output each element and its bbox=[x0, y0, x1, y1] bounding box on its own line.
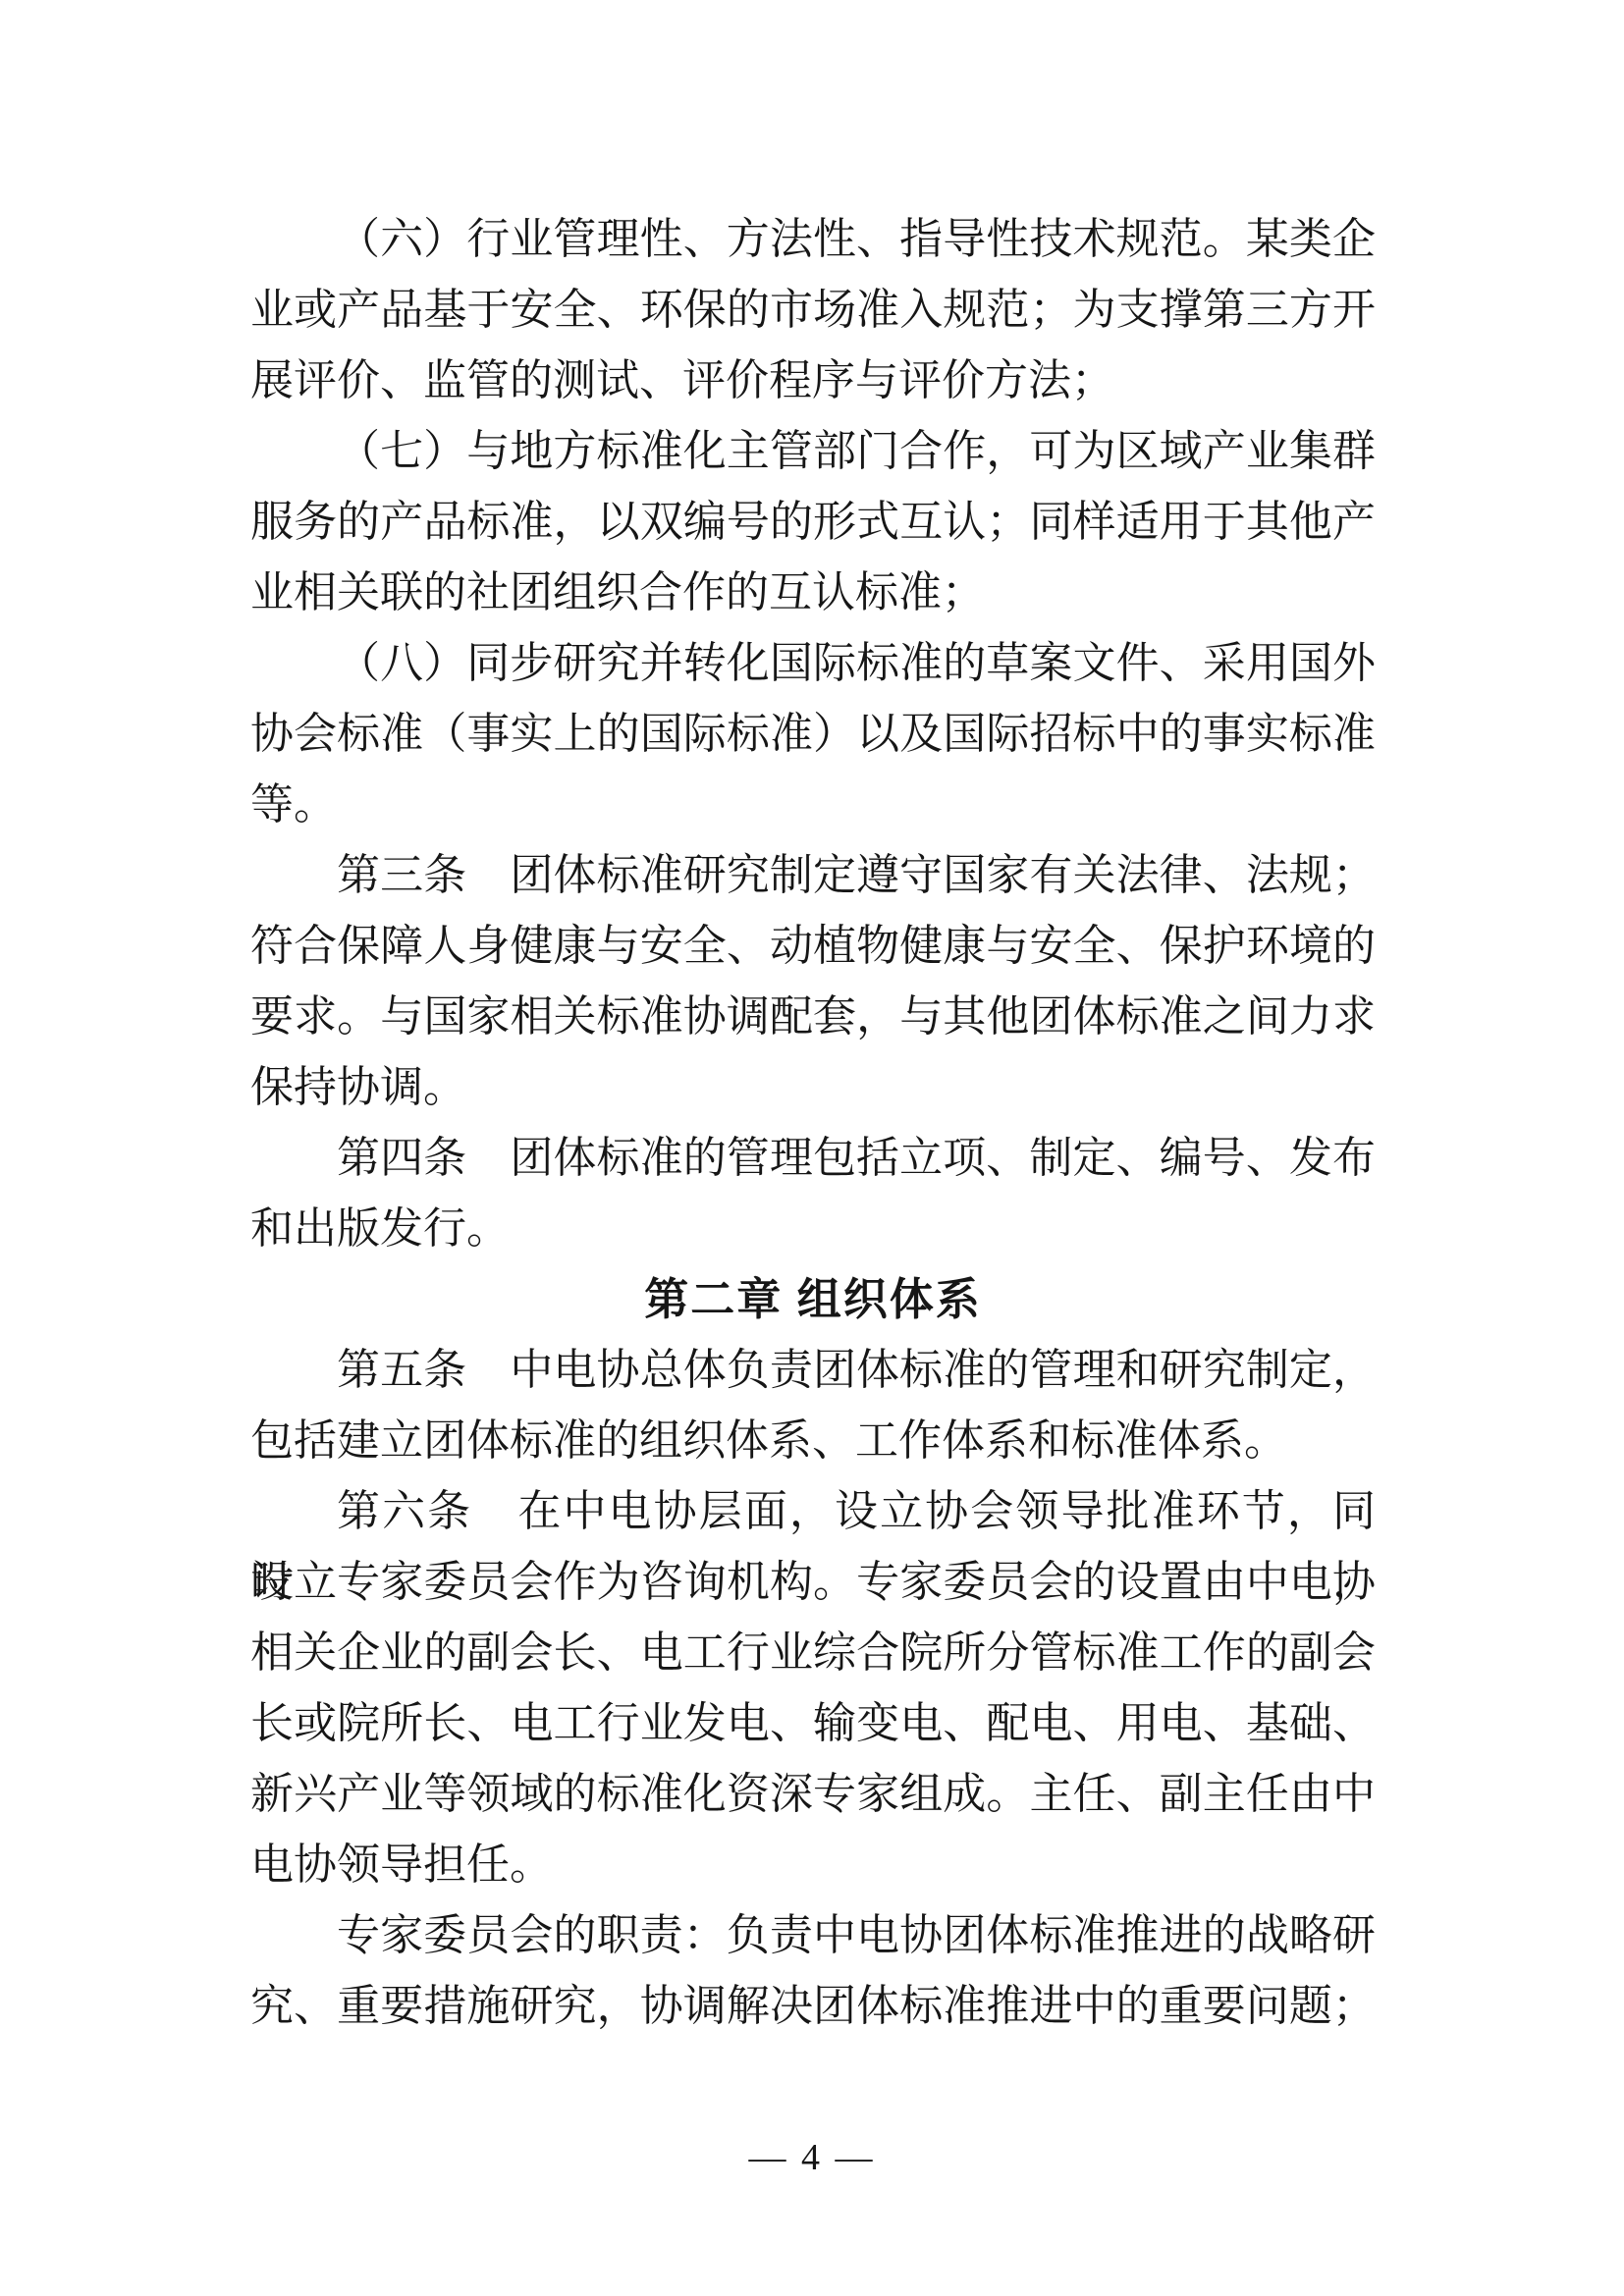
page-number: — 4 — bbox=[0, 2128, 1624, 2187]
text-line: 等。 bbox=[250, 770, 1376, 840]
text-line: 保持协调。 bbox=[250, 1052, 1376, 1123]
text-line: 究、重要措施研究，协调解决团体标准推进中的重要问题； bbox=[250, 1971, 1376, 2042]
chapter-heading: 第二章 组织体系 bbox=[250, 1264, 1376, 1335]
text-line: 展评价、监管的测试、评价程序与评价方法； bbox=[250, 346, 1376, 416]
text-line: 符合保障人身健康与安全、动植物健康与安全、保护环境的 bbox=[250, 911, 1376, 982]
text-line: 专家委员会的职责：负责中电协团体标准推进的战略研 bbox=[250, 1900, 1376, 1971]
document-body: （六）行业管理性、方法性、指导性技术规范。某类企 业或产品基于安全、环保的市场准… bbox=[250, 204, 1376, 2042]
text-line: （八）同步研究并转化国际标准的草案文件、采用国外 bbox=[250, 628, 1376, 699]
text-line: （六）行业管理性、方法性、指导性技术规范。某类企 bbox=[250, 204, 1376, 275]
text-line: 第四条 团体标准的管理包括立项、制定、编号、发布 bbox=[250, 1123, 1376, 1194]
text-line: 要求。与国家相关标准协调配套，与其他团体标准之间力求 bbox=[250, 982, 1376, 1052]
text-line: 长或院所长、电工行业发电、输变电、配电、用电、基础、 bbox=[250, 1688, 1376, 1759]
text-line: 新兴产业等领域的标准化资深专家组成。主任、副主任由中 bbox=[250, 1759, 1376, 1830]
text-line: 相关企业的副会长、电工行业综合院所分管标准工作的副会 bbox=[250, 1618, 1376, 1688]
document-page: （六）行业管理性、方法性、指导性技术规范。某类企 业或产品基于安全、环保的市场准… bbox=[0, 0, 1624, 2296]
text-line: 业相关联的社团组织合作的互认标准； bbox=[250, 558, 1376, 628]
text-line: 第六条 在中电协层面，设立协会领导批准环节，同时， bbox=[250, 1476, 1376, 1547]
text-line: 包括建立团体标准的组织体系、工作体系和标准体系。 bbox=[250, 1406, 1376, 1476]
text-line: 业或产品基于安全、环保的市场准入规范；为支撑第三方开 bbox=[250, 275, 1376, 346]
text-line: 服务的产品标准，以双编号的形式互认；同样适用于其他产 bbox=[250, 487, 1376, 558]
text-line: 电协领导担任。 bbox=[250, 1830, 1376, 1900]
text-line: 第五条 中电协总体负责团体标准的管理和研究制定， bbox=[250, 1335, 1376, 1406]
text-line: 第三条 团体标准研究制定遵守国家有关法律、法规； bbox=[250, 840, 1376, 911]
text-line: 协会标准（事实上的国际标准）以及国际招标中的事实标准 bbox=[250, 699, 1376, 770]
text-line: 和出版发行。 bbox=[250, 1194, 1376, 1264]
text-line: （七）与地方标准化主管部门合作，可为区域产业集群 bbox=[250, 416, 1376, 487]
text-line: 设立专家委员会作为咨询机构。专家委员会的设置由中电协 bbox=[250, 1547, 1376, 1618]
